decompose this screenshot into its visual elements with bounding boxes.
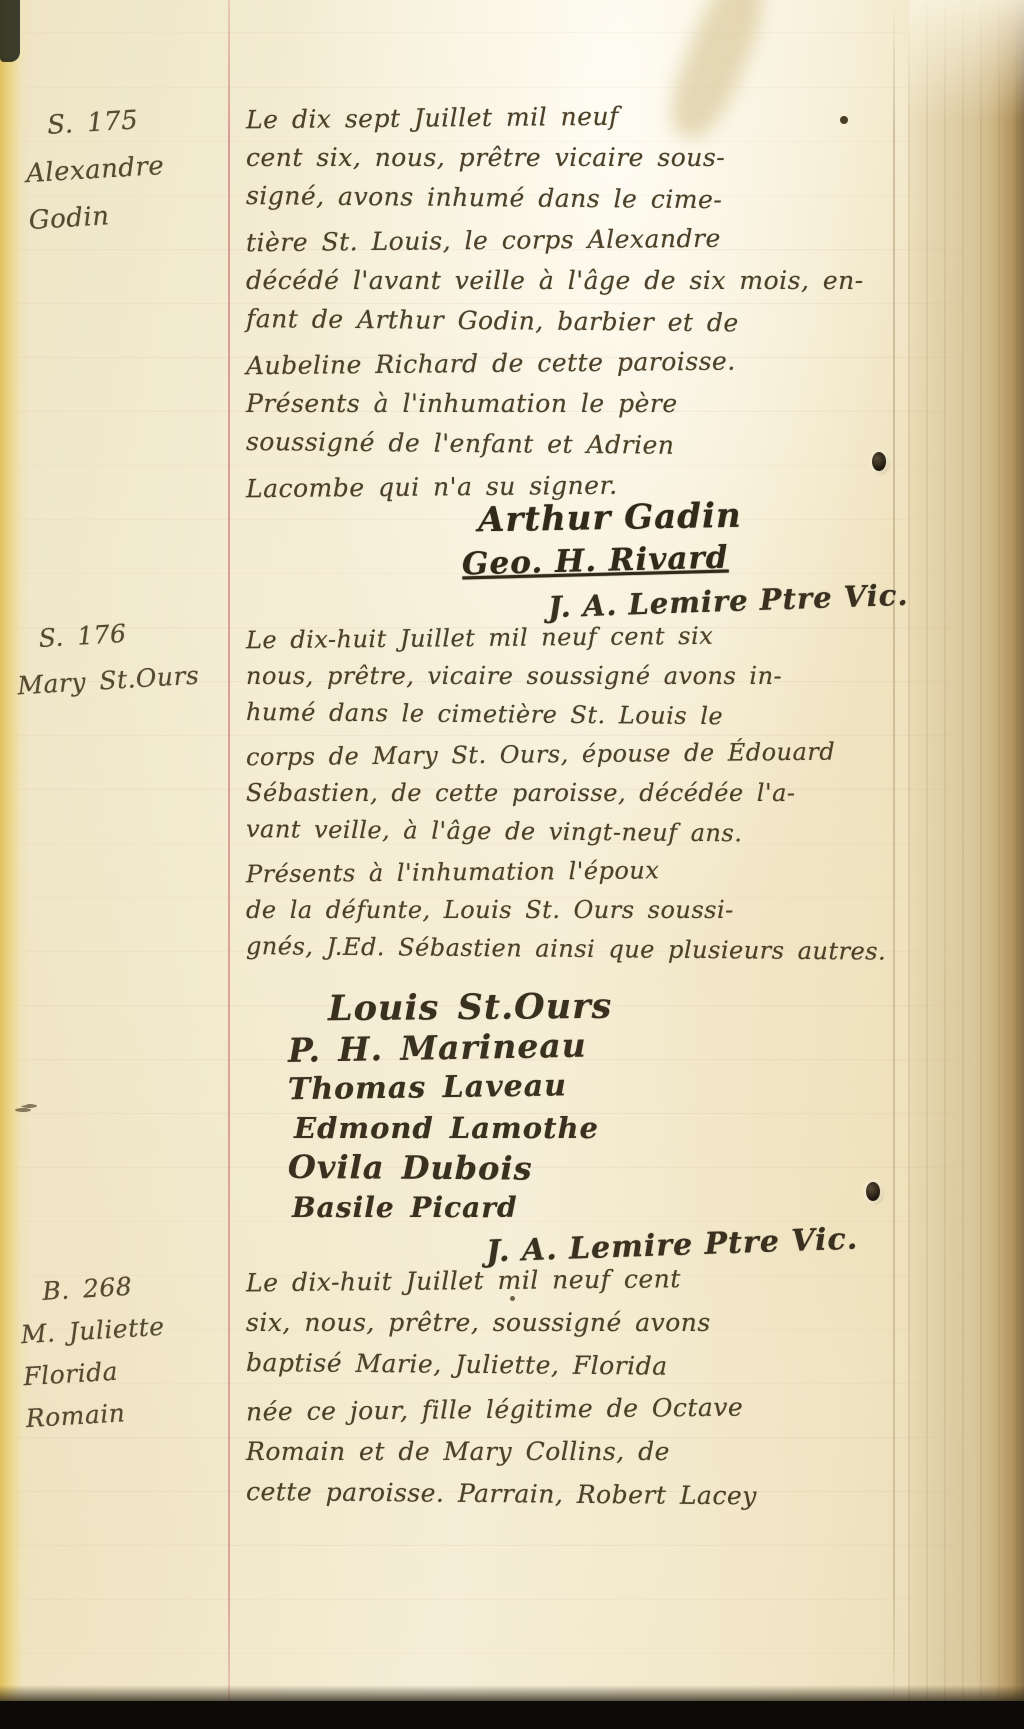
ink-speck <box>6 1092 32 1106</box>
signature: Louis St.Ours <box>328 987 613 1029</box>
entry-body-line: Le dix sept Juillet mil neuf <box>246 93 926 141</box>
dark-corner-patch <box>0 0 20 62</box>
entry-body-line: six, nous, prêtre, soussigné avons <box>246 1301 946 1344</box>
entry-1-body: Le dix sept Juillet mil neuf cent six, n… <box>246 96 926 506</box>
entry-1-margin-annotation: S. 175 Alexandre Godin <box>22 96 168 245</box>
entry-name-line: Romain <box>25 1390 171 1440</box>
entry-body-line: signé, avons inhumé dans le cime- <box>246 175 926 222</box>
register-page-scan: S. 175 Alexandre Godin Le dix sept Juill… <box>0 0 1024 1729</box>
entry-body-line: cent six, nous, prêtre vicaire sous- <box>246 137 926 178</box>
binding-hole <box>866 1182 880 1201</box>
entry-2-body: Le dix-huit Juillet mil neuf cent six no… <box>246 618 926 969</box>
entry-body-line: fant de Arthur Godin, barbier et de <box>246 298 926 345</box>
signature: Thomas Laveau <box>288 1066 613 1111</box>
entry-2-margin-annotation: S. 176 Mary St.Ours <box>13 607 200 710</box>
entry-body-line: Présents à l'inhumation le père <box>246 383 926 424</box>
entry-2-signature-list: Louis St.Ours P. H. Marineau Thomas Lave… <box>288 988 612 1228</box>
entry-body-line: soussigné de l'enfant et Adrien <box>246 421 926 468</box>
entry-body-line: Romain et de Mary Collins, de <box>246 1430 946 1473</box>
entry-body-line: Aubeline Richard de cette paroisse. <box>246 339 926 387</box>
entry-body-line: Le dix-huit Juillet mil neuf cent six <box>246 615 926 661</box>
entry-body-line: de la défunte, Louis St. Ours soussi- <box>246 891 926 930</box>
signature: P. H. Marineau <box>288 1025 613 1071</box>
entry-body-line: nous, prêtre, vicaire soussigné avons in… <box>246 657 926 696</box>
entry-body-line: née ce jour, fille légitime de Octave <box>246 1384 946 1434</box>
entry-name-line: M. Juliette <box>20 1306 166 1356</box>
entry-body-line: gnés, J.Ed. Sébastien ainsi que plusieur… <box>246 927 926 972</box>
entry-name-line: Alexandre <box>25 143 166 198</box>
entry-body-line: cette paroisse. Parrain, Robert Lacey <box>246 1470 946 1519</box>
entry-name-line: Godin <box>28 190 169 245</box>
signature: Basile Picard <box>292 1188 612 1228</box>
entry-3-margin-annotation: B. 268 M. Juliette Florida Romain <box>17 1264 171 1440</box>
entry-body-line: corps de Mary St. Ours, épouse de Édouar… <box>246 732 926 778</box>
margin-rule-line <box>228 0 230 1729</box>
entry-body-line: tière St. Louis, le corps Alexandre <box>246 216 926 264</box>
signature: Ovila Dubois <box>288 1147 613 1189</box>
entry-number: S. 175 <box>22 96 163 151</box>
entry-body-line: décédé l'avant veille à l'âge de six moi… <box>246 260 926 301</box>
signature: Arthur Gadin <box>478 496 742 541</box>
entry-body-line: baptisé Marie, Juliette, Florida <box>246 1341 946 1390</box>
book-bottom-edge <box>0 1701 1024 1729</box>
entry-body-line: vant veille, à l'âge de vingt-neuf ans. <box>246 810 926 855</box>
entry-body-line: humé dans le cimetière St. Louis le <box>246 693 926 738</box>
signature: Edmond Lamothe <box>294 1108 612 1148</box>
signature: Geo. H. Rivard <box>462 540 729 583</box>
entry-body-line: Présents à l'inhumation l'époux <box>246 849 926 895</box>
page-bottom-shadow <box>0 1685 1024 1701</box>
entry-body-line: Sébastien, de cette paroisse, décédée l'… <box>246 774 926 813</box>
entry-body-line: Le dix-huit Juillet mil neuf cent <box>246 1255 946 1305</box>
book-left-edge <box>0 0 30 1729</box>
entry-3-body: Le dix-huit Juillet mil neuf cent six, n… <box>246 1258 946 1516</box>
